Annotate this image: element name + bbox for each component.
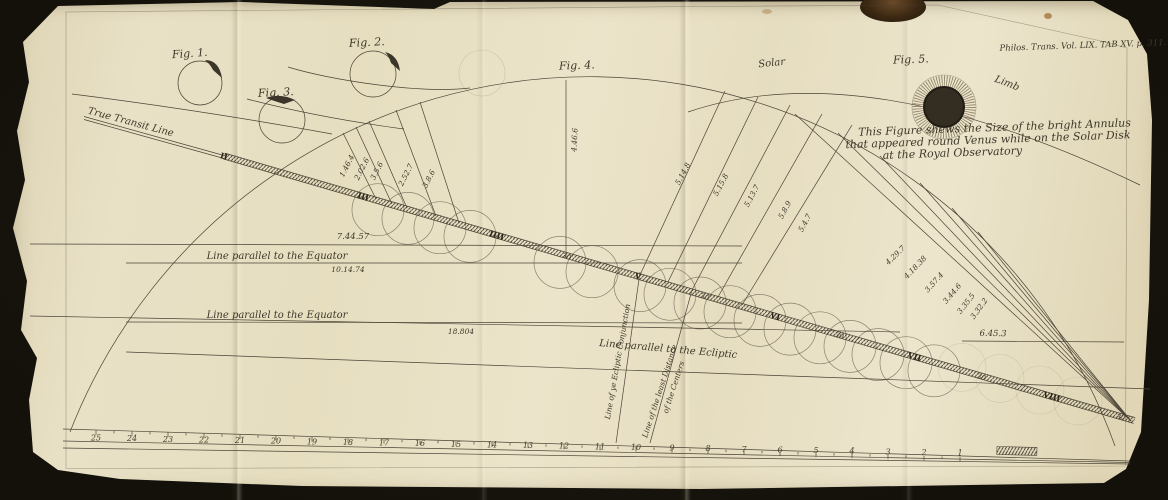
fig3-limb-curve (247, 99, 404, 129)
fan-mid-time: 5.15.8 (711, 172, 730, 197)
fan-middle: 5.14.8 5.15.8 5.13.7 5.8.9 5.4.7 (640, 91, 852, 305)
scale-ruler: 2524232221201918171615141312111098765432… (63, 429, 1130, 464)
conjunction-label: Line of ye Ecliptic Conjunction (603, 303, 632, 421)
limb-label: Limb (992, 74, 1021, 94)
fig4-label: Fig. 4. (558, 58, 595, 72)
venus-circle (352, 184, 404, 236)
equator-label-1: Line parallel to the Equator (206, 251, 349, 262)
measure-4-46-6: 4.46.6 (569, 127, 579, 153)
fan-mid-time: 5.13.7 (742, 183, 761, 208)
fan-mid-time: 5.4.7 (796, 212, 813, 233)
ruler-number: 20 (270, 437, 281, 446)
fan-right-time: 4.29.7 (883, 244, 907, 268)
fan-mid-time: 5.8.9 (776, 199, 793, 220)
fig2-limb-curve (288, 67, 470, 89)
fan-left-time: 3.8.6 (420, 168, 437, 189)
fan-left-time: 2.52.7 (396, 162, 415, 188)
venus-circle (534, 236, 586, 288)
measure-10-14-74: 10.14.74 (331, 265, 365, 274)
venus-circle (414, 202, 466, 254)
ruler-number: 2 (920, 448, 926, 457)
band-interval-mark: 30 (699, 292, 710, 302)
ruler-number: 21 (234, 436, 245, 445)
fig2-black-drop (385, 52, 400, 71)
ruler-number: 22 (198, 435, 209, 444)
band-roman-numeral: IIII (488, 228, 505, 242)
band-roman-numeral: VIII (1041, 389, 1062, 404)
fig5-label: Fig. 5. (892, 52, 929, 66)
measure-6-45-3-line (962, 341, 1124, 342)
ruler-number: 4 (848, 447, 854, 456)
fig4-faint-circle (459, 50, 505, 96)
fan-left-time: 3.5.6 (368, 160, 385, 181)
measure-6-45-3: 6.45.3 (979, 329, 1006, 339)
fig1-label: Fig. 1. (171, 46, 209, 62)
fan-right-time: 4.18.38 (901, 254, 928, 282)
ruler-number: 24 (126, 434, 137, 443)
band-interval-mark: 30 (834, 331, 845, 341)
plate-reference: Philos. Trans. Vol. LIX. TAB XV. p. 311. (998, 38, 1166, 54)
photographed-page: Philos. Trans. Vol. LIX. TAB XV. p. 311.… (0, 0, 1168, 500)
fan-right-time: 3.44.6 (941, 281, 963, 305)
plate-engraving: Philos. Trans. Vol. LIX. TAB XV. p. 311.… (0, 0, 1168, 500)
measure-7-44-57: 7.44.57 (337, 232, 370, 242)
ecliptic-line (126, 352, 1150, 389)
ruler-maker-cartouche (997, 446, 1037, 455)
fan-right: 4.29.7 4.18.38 3.57.4 3.44.6 3.35.5 3.32… (795, 114, 1131, 421)
fig5-venus-disc (924, 87, 964, 127)
equator-lines: 7.44.57 Line parallel to the Equator 10.… (30, 232, 900, 336)
fig3-venus-circle (259, 97, 305, 143)
fan-mid-time: 5.14.8 (673, 161, 692, 186)
caption-block: This Figure shews the Size of the bright… (845, 116, 1132, 163)
venus-circle (566, 246, 618, 298)
measure-18-804: 18.804 (448, 327, 474, 336)
ruler-number: 25 (90, 434, 101, 443)
fig2-label: Fig. 2. (348, 35, 385, 50)
equator-label-2: Line parallel to the Equator (206, 310, 349, 321)
solar-label: Solar (758, 57, 787, 71)
venus-circle (382, 192, 434, 244)
ruler-number: 1 (957, 449, 962, 458)
true-transit-label: True Transit Line (86, 106, 174, 140)
ruler-number: 17 (379, 439, 390, 448)
ruler-number: 23 (162, 435, 173, 444)
fan-right-time: 3.57.4 (923, 270, 946, 294)
band-roman-numeral: VII (906, 350, 923, 364)
